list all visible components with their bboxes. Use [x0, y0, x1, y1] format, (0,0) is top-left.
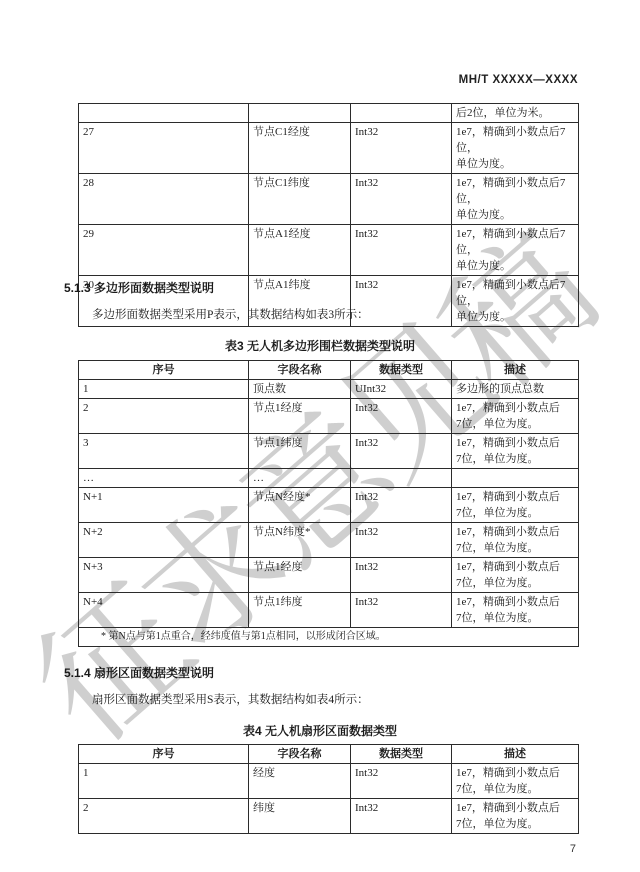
cell-serial: 27	[79, 123, 249, 174]
cell-desc: 1e7，精确到小数点后 7位，单位为度。	[452, 523, 579, 558]
section-heading-5-1-4: 5.1.4 扇形区面数据类型说明	[64, 664, 214, 681]
table-row: 29 节点A1经度 Int32 1e7，精确到小数点后7位， 单位为度。	[79, 225, 579, 276]
cell-serial	[79, 104, 249, 123]
cell-type	[351, 104, 452, 123]
cell-serial: 1	[79, 380, 249, 399]
cell-type: Int32	[351, 523, 452, 558]
cell-type: Int32	[351, 399, 452, 434]
table-row: 1 顶点数 UInt32 多边形的顶点总数	[79, 380, 579, 399]
cell-field: 节点C1纬度	[249, 174, 351, 225]
cell-desc: 1e7，精确到小数点后7位， 单位为度。	[452, 276, 579, 327]
page-number: 7	[570, 843, 576, 855]
header-desc: 描述	[452, 745, 579, 764]
standard-number-header: MH/T XXXXX—XXXX	[459, 74, 578, 86]
table-row: 后2位，单位为米。	[79, 104, 579, 123]
table-header-row: 序号 字段名称 数据类型 描述	[79, 361, 579, 380]
cell-type: Int32	[351, 488, 452, 523]
cell-desc: 1e7，精确到小数点后 7位，单位为度。	[452, 558, 579, 593]
table-row: N+2 节点N纬度* Int32 1e7，精确到小数点后 7位，单位为度。	[79, 523, 579, 558]
cell-serial: N+1	[79, 488, 249, 523]
cell-serial: N+3	[79, 558, 249, 593]
cell-serial: 2	[79, 399, 249, 434]
cell-desc: 后2位，单位为米。	[452, 104, 579, 123]
cell-desc: 1e7，精确到小数点后7位， 单位为度。	[452, 174, 579, 225]
table4-caption: 表4 无人机扇形区面数据类型	[0, 722, 640, 739]
cell-field: 节点1经度	[249, 399, 351, 434]
paragraph-5-1-4: 扇形区面数据类型采用S表示，其数据结构如表4所示：	[92, 691, 369, 707]
cell-desc: 1e7，精确到小数点后7位， 单位为度。	[452, 225, 579, 276]
document-page: 征求意见稿 MH/T XXXXX—XXXX 后2位，单位为米。 27 节点C1经…	[0, 0, 640, 872]
cell-desc: 1e7，精确到小数点后7位， 单位为度。	[452, 123, 579, 174]
cell-type: Int32	[351, 593, 452, 628]
cell-field: 节点A1经度	[249, 225, 351, 276]
table-row: 1 经度 Int32 1e7，精确到小数点后 7位，单位为度。	[79, 764, 579, 799]
cell-desc: 1e7，精确到小数点后 7位，单位为度。	[452, 764, 579, 799]
cell-field: 节点N纬度*	[249, 523, 351, 558]
cell-serial: 1	[79, 764, 249, 799]
table-row: 2 纬度 Int32 1e7，精确到小数点后 7位，单位为度。	[79, 799, 579, 834]
header-type: 数据类型	[351, 361, 452, 380]
cell-field: …	[249, 469, 351, 488]
section-heading-5-1-3: 5.1.3 多边形面数据类型说明	[64, 279, 214, 296]
cell-type: Int32	[351, 558, 452, 593]
cell-desc: 1e7，精确到小数点后 7位，单位为度。	[452, 488, 579, 523]
table-footnote-row: * 第N点与第1点重合，经纬度值与第1点相同，以形成闭合区域。	[79, 628, 579, 647]
header-field: 字段名称	[249, 745, 351, 764]
cell-type: Int32	[351, 764, 452, 799]
cell-type: Int32	[351, 123, 452, 174]
table-row: N+1 节点N经度* Int32 1e7，精确到小数点后 7位，单位为度。	[79, 488, 579, 523]
cell-desc: 1e7，精确到小数点后 7位，单位为度。	[452, 593, 579, 628]
cell-field: 经度	[249, 764, 351, 799]
table3-caption: 表3 无人机多边形围栏数据类型说明	[0, 337, 640, 354]
cell-serial: N+2	[79, 523, 249, 558]
table-row: N+3 节点1经度 Int32 1e7，精确到小数点后 7位，单位为度。	[79, 558, 579, 593]
cell-field: 顶点数	[249, 380, 351, 399]
table-row: 27 节点C1经度 Int32 1e7，精确到小数点后7位， 单位为度。	[79, 123, 579, 174]
cell-serial: N+4	[79, 593, 249, 628]
paragraph-5-1-3: 多边形面数据类型采用P表示，其数据结构如表3所示：	[92, 306, 369, 322]
table3-polygon-fence: 序号 字段名称 数据类型 描述 1 顶点数 UInt32 多边形的顶点总数 2 …	[78, 360, 579, 647]
cell-field: 节点1纬度	[249, 593, 351, 628]
cell-desc: 多边形的顶点总数	[452, 380, 579, 399]
table-row-ellipsis: … …	[79, 469, 579, 488]
cell-field: 纬度	[249, 799, 351, 834]
cell-serial: 2	[79, 799, 249, 834]
header-field: 字段名称	[249, 361, 351, 380]
cell-type	[351, 469, 452, 488]
table-row: 2 节点1经度 Int32 1e7，精确到小数点后 7位，单位为度。	[79, 399, 579, 434]
cell-serial: 3	[79, 434, 249, 469]
cell-serial: 29	[79, 225, 249, 276]
header-serial: 序号	[79, 361, 249, 380]
cell-desc: 1e7，精确到小数点后 7位，单位为度。	[452, 799, 579, 834]
cell-desc	[452, 469, 579, 488]
table-row: 3 节点1纬度 Int32 1e7，精确到小数点后 7位，单位为度。	[79, 434, 579, 469]
table-row: N+4 节点1纬度 Int32 1e7，精确到小数点后 7位，单位为度。	[79, 593, 579, 628]
cell-serial: 28	[79, 174, 249, 225]
table-row: 28 节点C1纬度 Int32 1e7，精确到小数点后7位， 单位为度。	[79, 174, 579, 225]
cell-field	[249, 104, 351, 123]
cell-field: 节点C1经度	[249, 123, 351, 174]
header-desc: 描述	[452, 361, 579, 380]
cell-type: Int32	[351, 174, 452, 225]
header-type: 数据类型	[351, 745, 452, 764]
cell-field: 节点1纬度	[249, 434, 351, 469]
cell-field: 节点N经度*	[249, 488, 351, 523]
cell-type: UInt32	[351, 380, 452, 399]
table4-sector-area: 序号 字段名称 数据类型 描述 1 经度 Int32 1e7，精确到小数点后 7…	[78, 744, 579, 834]
header-serial: 序号	[79, 745, 249, 764]
cell-type: Int32	[351, 225, 452, 276]
table-header-row: 序号 字段名称 数据类型 描述	[79, 745, 579, 764]
cell-serial: …	[79, 469, 249, 488]
cell-desc: 1e7，精确到小数点后 7位，单位为度。	[452, 434, 579, 469]
cell-type: Int32	[351, 799, 452, 834]
table3-footnote: * 第N点与第1点重合，经纬度值与第1点相同，以形成闭合区域。	[79, 628, 579, 647]
cell-desc: 1e7，精确到小数点后 7位，单位为度。	[452, 399, 579, 434]
cell-field: 节点1经度	[249, 558, 351, 593]
cell-type: Int32	[351, 434, 452, 469]
